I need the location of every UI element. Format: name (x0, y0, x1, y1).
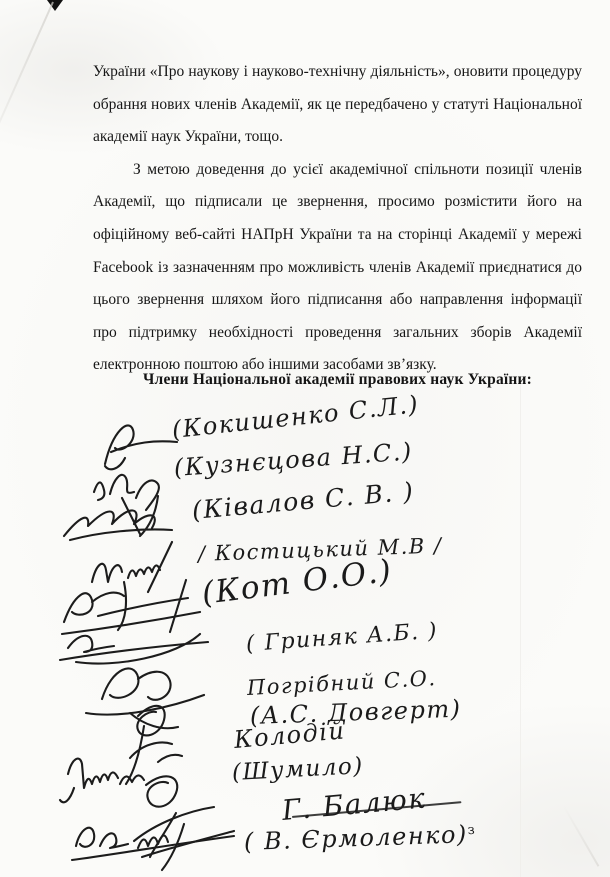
signature-scribble (66, 806, 241, 876)
signature-name-text: ( В. Єрмоленко) (244, 820, 469, 856)
page-mark: з (467, 823, 475, 838)
scanned-page: України «Про наукову і науково-технічну … (0, 0, 610, 877)
signature-name: ( В. Єрмоленко)з (244, 820, 476, 856)
signature-name: ( Гриняк А.Б. ) (245, 619, 439, 657)
signature-name: (Кокишенко С.Л.) (171, 390, 421, 444)
signature-name: Погрібний С.О. (246, 666, 437, 700)
signature-name: Г. Балюк (281, 781, 428, 826)
signature-name: (Кузнєцова Н.С.) (173, 437, 414, 482)
signatures-block: (Кокишенко С.Л.) (Кузнєцова Н.С.) (Ківал… (0, 0, 610, 877)
signature-name: (Ківалов С. В. ) (191, 477, 416, 525)
